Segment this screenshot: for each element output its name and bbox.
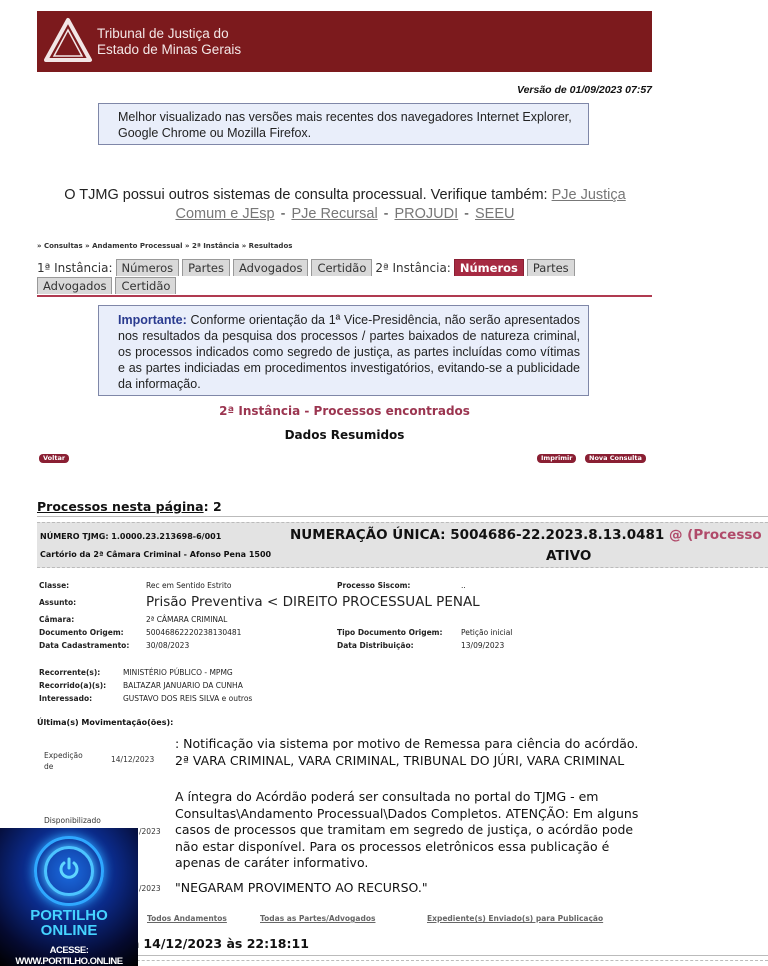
doc-origem-label: Documento Origem: [39, 628, 124, 637]
tab-second-partes[interactable]: Partes [527, 259, 575, 276]
classe-value: Rec em Sentido Estrito [146, 581, 231, 590]
site-header: Tribunal de Justiça do Estado de Minas G… [37, 11, 652, 72]
recorrido-value: BALTAZAR JANUARIO DA CUNHA [123, 681, 243, 690]
recorrido-label: Recorrido(a)(s): [39, 681, 106, 690]
link-all-movements[interactable]: Todos Andamentos [147, 914, 227, 923]
link-sent-documents[interactable]: Expediente(s) Enviado(s) para Publicação [427, 914, 603, 923]
other-systems-notice: O TJMG possui outros sistemas de consult… [40, 186, 650, 224]
other-systems-text: O TJMG possui outros sistemas de consult… [64, 187, 547, 203]
link-projudi[interactable]: PROJUDI [395, 206, 459, 222]
process-header: NÚMERO TJMG: 1.0000.23.213698-6/001 Cart… [37, 522, 768, 568]
separator: - [281, 206, 286, 222]
tipo-doc-value: Petição inicial [461, 628, 512, 637]
divider [37, 955, 768, 956]
movement-date: /2023 [139, 884, 161, 893]
search-tabs: 1ª Instância:NúmerosPartesAdvogadosCerti… [37, 259, 652, 295]
unique-number-text: NUMERAÇÃO ÚNICA: 5004686-22.2023.8.13.04… [290, 527, 664, 543]
classe-label: Classe: [39, 581, 69, 590]
movement-type: Expedição de [44, 750, 94, 772]
link-all-parties[interactable]: Todas as Partes/Advogados [260, 914, 375, 923]
divider [37, 516, 768, 517]
divider [37, 960, 768, 962]
important-text: Conforme orientação da 1ª Vice-Presidênc… [118, 313, 580, 391]
movement-text: "NEGARAM PROVIMENTO AO RECURSO." [175, 880, 645, 897]
cartorio: Cartório da 2ª Câmara Criminal - Afonso … [40, 550, 271, 559]
recorrente-label: Recorrente(s): [39, 668, 100, 677]
link-seeu[interactable]: SEEU [475, 206, 515, 222]
process-count: Processos nesta página: 2 [37, 499, 222, 514]
tab-first-advogados[interactable]: Advogados [233, 259, 308, 276]
link-pje-recursal[interactable]: PJe Recursal [291, 206, 377, 222]
interessado-value: GUSTAVO DOS REIS SILVA e outros [123, 694, 252, 703]
count-label: Processos nesta página [37, 499, 204, 514]
count-value: : 2 [204, 499, 222, 514]
tab-first-partes[interactable]: Partes [182, 259, 230, 276]
new-search-button[interactable]: Nova Consulta [585, 454, 646, 463]
tab-first-numeros[interactable]: Números [116, 259, 180, 276]
browser-notice: Melhor visualizado nas versões mais rece… [98, 103, 589, 145]
assunto-value: Prisão Preventiva < DIREITO PROCESSUAL P… [146, 594, 480, 610]
watermark-url: ACESSE: WWW.PORTILHO.ONLINE [0, 945, 138, 966]
unique-number: NUMERAÇÃO ÚNICA: 5004686-22.2023.8.13.04… [290, 527, 762, 543]
movement-type: Disponibilizado [44, 815, 101, 826]
tab-first-certidao[interactable]: Certidão [311, 259, 372, 276]
data-cad-label: Data Cadastramento: [39, 641, 129, 650]
tjmg-number: NÚMERO TJMG: 1.0000.23.213698-6/001 [40, 532, 221, 541]
tjmg-logo-icon [42, 16, 94, 66]
tabs-divider [37, 295, 652, 297]
results-title: 2ª Instância - Processos encontrados [37, 404, 652, 418]
siscom-value: .. [461, 581, 466, 590]
doc-origem-value: 50046862220238130481 [146, 628, 241, 637]
siscom-label: Processo Siscom: [337, 581, 410, 590]
data-dist-value: 13/09/2023 [461, 641, 504, 650]
tipo-doc-label: Tipo Documento Origem: [337, 628, 443, 637]
back-button[interactable]: Voltar [39, 454, 69, 463]
camara-label: Câmara: [39, 615, 74, 624]
data-dist-label: Data Distribuição: [337, 641, 414, 650]
process-status: ATIVO [546, 548, 591, 564]
court-name: Tribunal de Justiça do Estado de Minas G… [97, 26, 241, 58]
print-button[interactable]: Imprimir [537, 454, 576, 463]
important-notice: Importante: Conforme orientação da 1ª Vi… [98, 305, 589, 396]
movements-label: Última(s) Movimentação(ões): [37, 718, 173, 727]
tab-second-numeros[interactable]: Números [454, 259, 524, 276]
movement-date: 14/12/2023 [111, 755, 154, 764]
court-name-line1: Tribunal de Justiça do [97, 26, 241, 42]
tab-second-advogados[interactable]: Advogados [37, 277, 112, 294]
second-instance-label: 2ª Instância: [375, 261, 451, 275]
movement-text: : Notificação via sistema por motivo de … [175, 736, 645, 769]
generated-timestamp: 14/12/2023 às 22:18:11 [143, 936, 308, 951]
watermark-name-line1: PORTILHO [0, 908, 138, 923]
data-cad-value: 30/08/2023 [146, 641, 189, 650]
version-label: Versão de 01/09/2023 07:57 [517, 84, 652, 96]
first-instance-label: 1ª Instância: [37, 261, 113, 275]
process-link[interactable]: @ (Processo [669, 527, 762, 543]
watermark-name: PORTILHO ONLINE [0, 908, 138, 938]
assunto-label: Assunto: [39, 598, 76, 607]
court-name-line2: Estado de Minas Gerais [97, 42, 241, 58]
watermark-name-line2: ONLINE [0, 923, 138, 938]
separator: - [384, 206, 389, 222]
summary-title: Dados Resumidos [37, 428, 652, 442]
recorrente-value: MINISTÉRIO PÚBLICO - MPMG [123, 668, 233, 677]
camara-value: 2ª CÂMARA CRIMINAL [146, 615, 227, 624]
tab-second-certidao[interactable]: Certidão [115, 277, 176, 294]
important-label: Importante: [118, 313, 187, 327]
movement-date: /2023 [139, 827, 161, 836]
movement-text: A íntegra do Acórdão poderá ser consulta… [175, 789, 645, 872]
power-icon [58, 857, 80, 881]
interessado-label: Interessado: [39, 694, 92, 703]
breadcrumb: » Consultas » Andamento Processual » 2ª … [37, 242, 292, 250]
separator: - [464, 206, 469, 222]
portilho-watermark: PORTILHO ONLINE ACESSE: WWW.PORTILHO.ONL… [0, 828, 138, 966]
